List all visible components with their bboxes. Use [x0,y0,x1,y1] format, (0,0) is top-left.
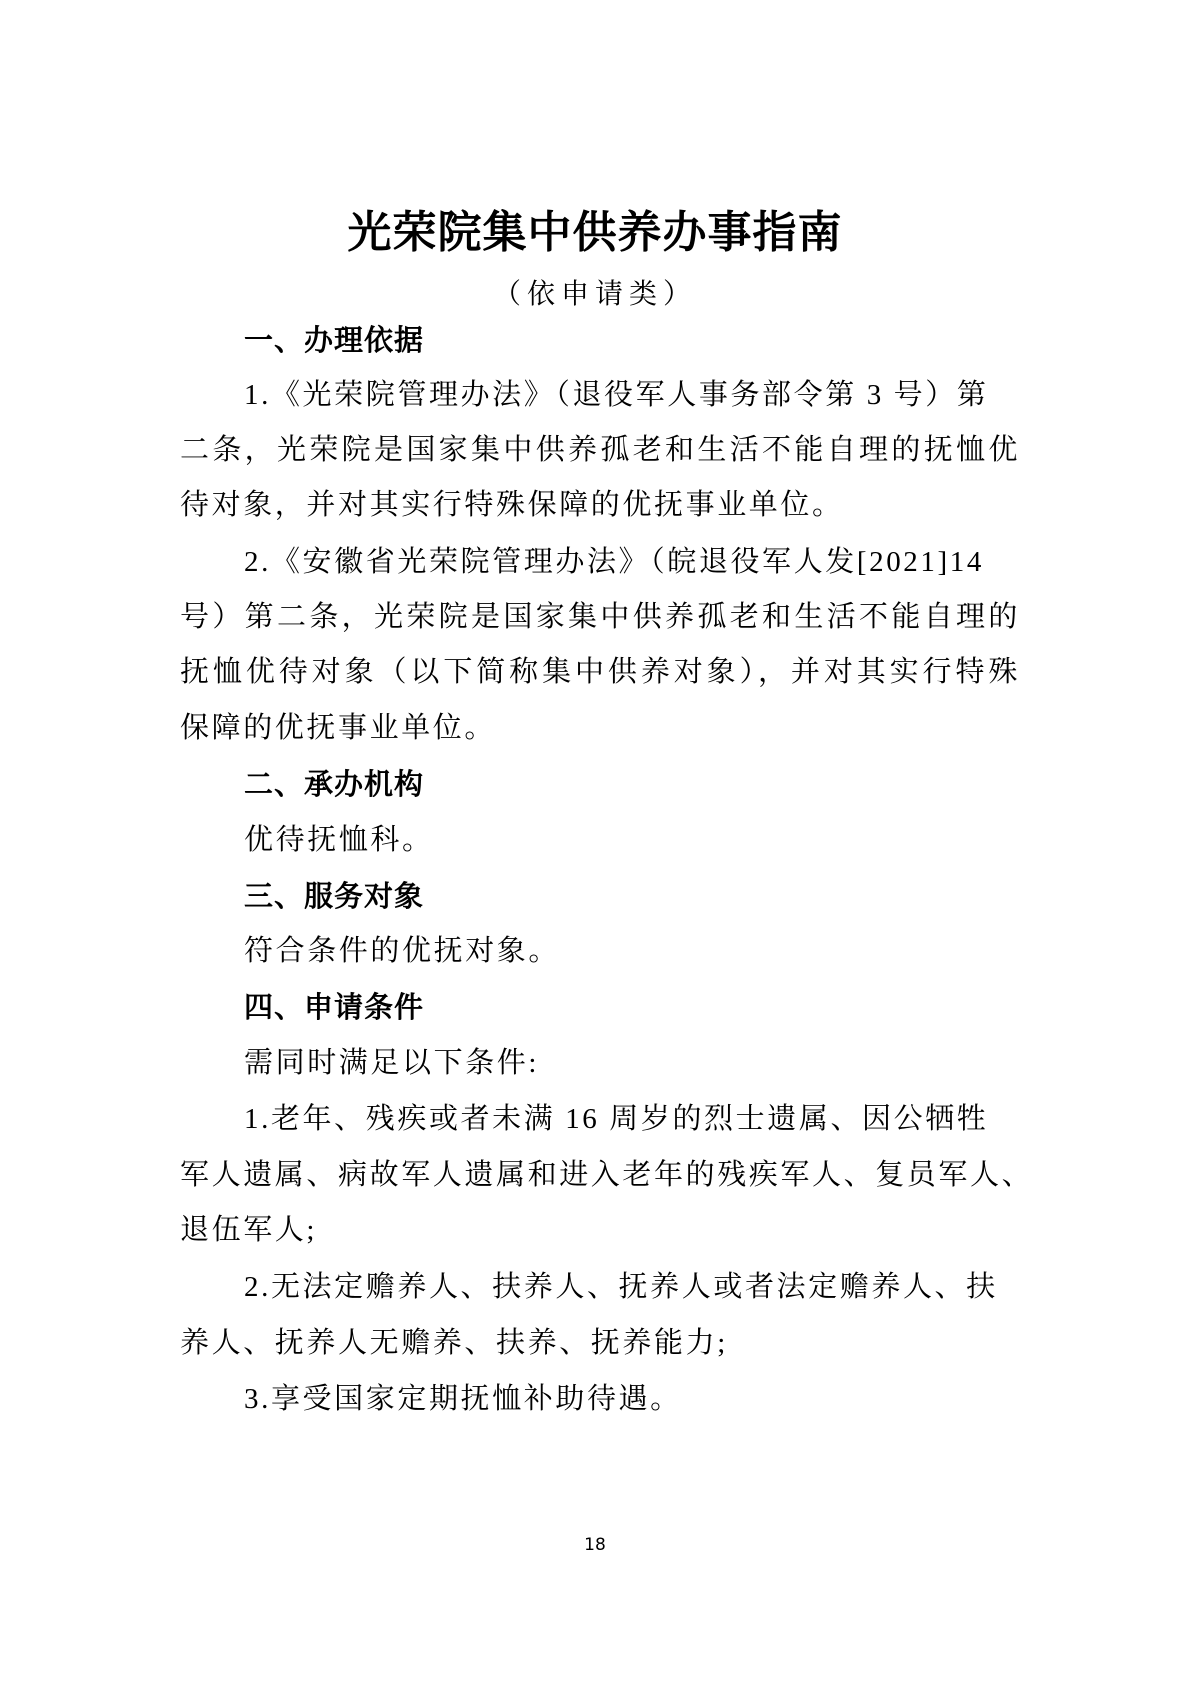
paragraph-line: 养人、抚养人无赡养、扶养、抚养能力; [180,1323,1020,1363]
paragraph-line: 军人遗属、病故军人遗属和进入老年的残疾军人、复员军人、 [180,1155,1020,1195]
paragraph-line: 二条，光荣院是国家集中供养孤老和生活不能自理的抚恤优 [180,430,1020,470]
paragraph-line: 优待抚恤科。 [244,820,1084,860]
document-subtitle: （依申请类） [0,275,1190,315]
paragraph-line: 1.老年、残疾或者未满 16 周岁的烈士遗属、因公牺牲 [244,1099,1020,1139]
paragraph-line: 符合条件的优抚对象。 [244,931,1084,971]
section-heading-conditions: 四、申请条件 [244,987,1084,1027]
paragraph-line: 1.《光荣院管理办法》（退役军人事务部令第 3 号）第 [244,375,1020,415]
paragraph-line: 待对象，并对其实行特殊保障的优抚事业单位。 [180,485,1020,525]
paragraph-line: 退伍军人; [180,1210,1020,1250]
paragraph-line: 保障的优抚事业单位。 [180,708,1020,748]
page-number: 18 [0,1535,1190,1555]
section-heading-agency: 二、承办机构 [244,764,1084,804]
paragraph-line: 需同时满足以下条件: [244,1043,1084,1083]
paragraph-line: 2.《安徽省光荣院管理办法》（皖退役军人发[2021]14 [244,542,1020,582]
section-heading-service-target: 三、服务对象 [244,876,1084,916]
document-title: 光荣院集中供养办事指南 [0,205,1190,261]
paragraph-line: 3.享受国家定期抚恤补助待遇。 [244,1379,1084,1419]
paragraph-line: 2.无法定赡养人、扶养人、抚养人或者法定赡养人、扶 [244,1267,1020,1307]
paragraph-line: 抚恤优待对象（以下简称集中供养对象），并对其实行特殊 [180,652,1020,692]
section-heading-basis: 一、办理依据 [244,320,1084,360]
paragraph-line: 号）第二条，光荣院是国家集中供养孤老和生活不能自理的 [180,597,1020,637]
